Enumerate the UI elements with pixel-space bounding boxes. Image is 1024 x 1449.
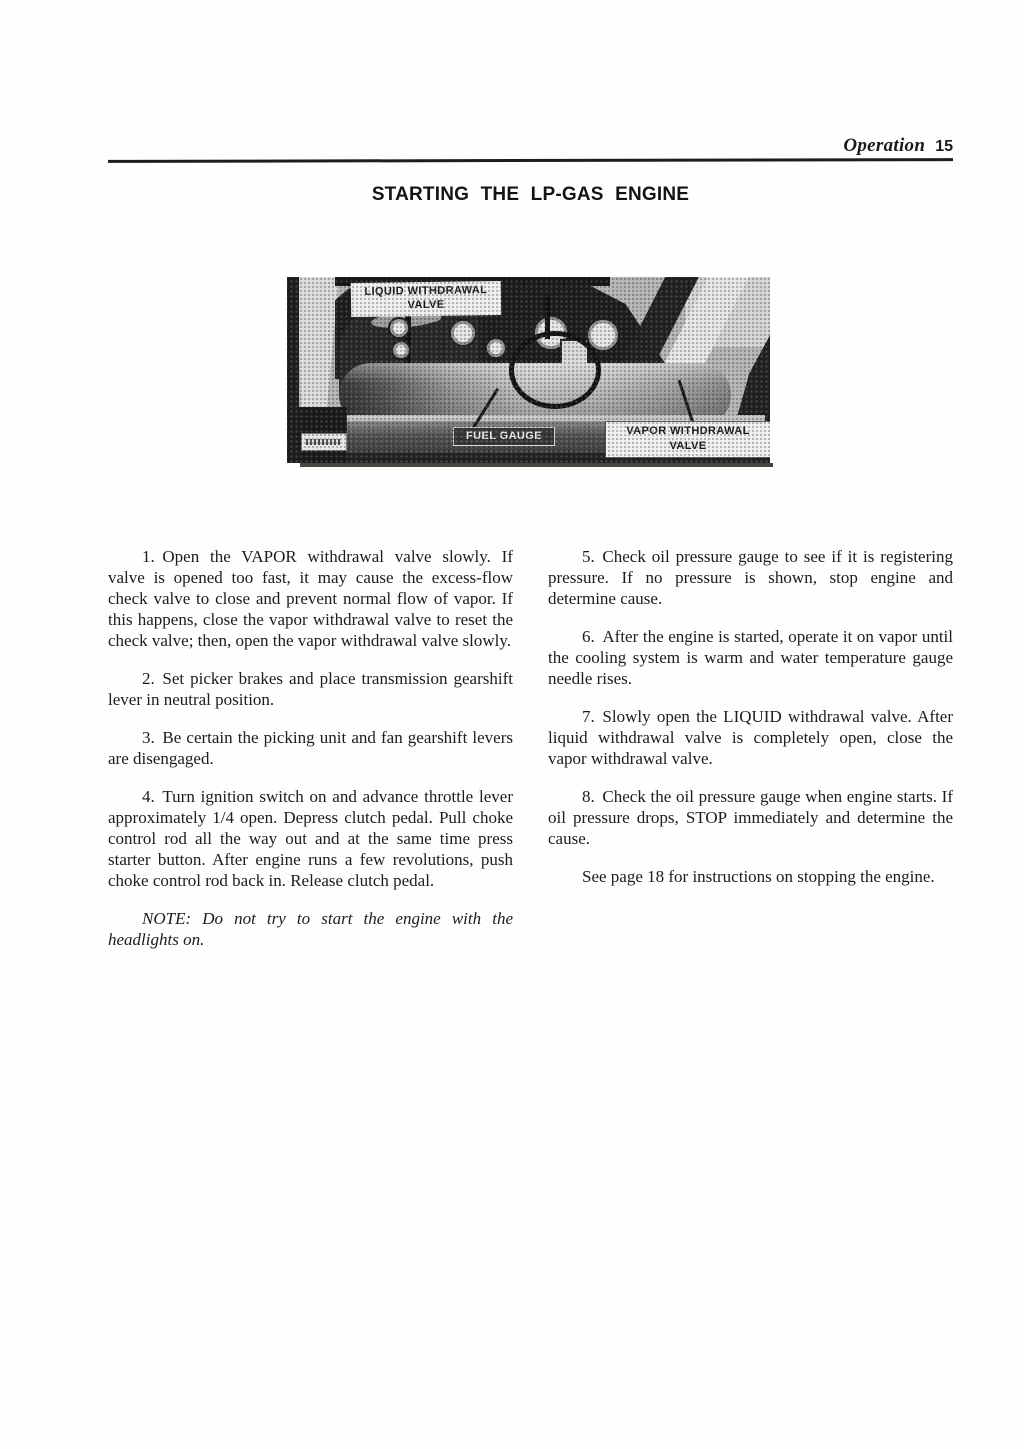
step-text: Set picker brakes and place transmission…	[108, 669, 513, 709]
halftone-texture-overlay	[287, 277, 770, 463]
step-text: Check oil pressure gauge to see if it is…	[548, 547, 953, 608]
step-paragraph-7: 7.Slowly open the LIQUID withdrawal valv…	[548, 706, 953, 769]
manual-page: Operation 15 STARTING THE LP-GAS ENGINE	[0, 0, 1024, 1449]
step-paragraph-1: 1.Open the VAPOR withdrawal valve slowly…	[108, 546, 513, 651]
step-text: Slowly open the LIQUID withdrawal valve.…	[548, 707, 953, 768]
step-number: 3.	[142, 728, 155, 747]
page-number: 15	[935, 138, 953, 155]
closing-text: See page 18 for instructions on stopping…	[582, 867, 935, 886]
step-paragraph-6: 6.After the engine is started, operate i…	[548, 626, 953, 689]
body-text-columns: 1.Open the VAPOR withdrawal valve slowly…	[108, 546, 953, 967]
page-title: STARTING THE LP-GAS ENGINE	[108, 184, 953, 206]
right-column: 5.Check oil pressure gauge to see if it …	[548, 546, 953, 967]
step-number: 6.	[582, 627, 595, 646]
closing-paragraph: See page 18 for instructions on stopping…	[548, 866, 953, 887]
running-header: Operation 15	[108, 135, 953, 157]
photo-shadow-edge	[300, 463, 773, 467]
step-paragraph-5: 5.Check oil pressure gauge to see if it …	[548, 546, 953, 609]
section-label: Operation	[843, 135, 925, 156]
step-text: Be certain the picking unit and fan gear…	[108, 728, 513, 768]
step-number: 7.	[582, 707, 595, 726]
step-paragraph-4: 4.Turn ignition switch on and advance th…	[108, 786, 513, 891]
note-text: NOTE: Do not try to start the engine wit…	[108, 909, 513, 949]
step-number: 8.	[582, 787, 595, 806]
step-paragraph-3: 3.Be certain the picking unit and fan ge…	[108, 727, 513, 769]
step-number: 5.	[582, 547, 595, 566]
step-number: 4.	[142, 787, 155, 806]
step-paragraph-2: 2.Set picker brakes and place transmissi…	[108, 668, 513, 710]
step-number: 2.	[142, 669, 155, 688]
step-text: Check the oil pressure gauge when engine…	[548, 787, 953, 848]
header-rule	[108, 158, 953, 163]
note-paragraph: NOTE: Do not try to start the engine wit…	[108, 908, 513, 950]
step-text: Turn ignition switch on and advance thro…	[108, 787, 513, 890]
step-text: After the engine is started, operate it …	[548, 627, 953, 688]
left-column: 1.Open the VAPOR withdrawal valve slowly…	[108, 546, 513, 967]
engine-tank-photo: LIQUID WITHDRAWAL VALVE FUEL GAUGE VAPOR…	[287, 277, 770, 463]
step-number: 1.	[142, 547, 155, 566]
step-paragraph-8: 8.Check the oil pressure gauge when engi…	[548, 786, 953, 849]
step-text: Open the VAPOR withdrawal valve slowly. …	[108, 547, 513, 650]
